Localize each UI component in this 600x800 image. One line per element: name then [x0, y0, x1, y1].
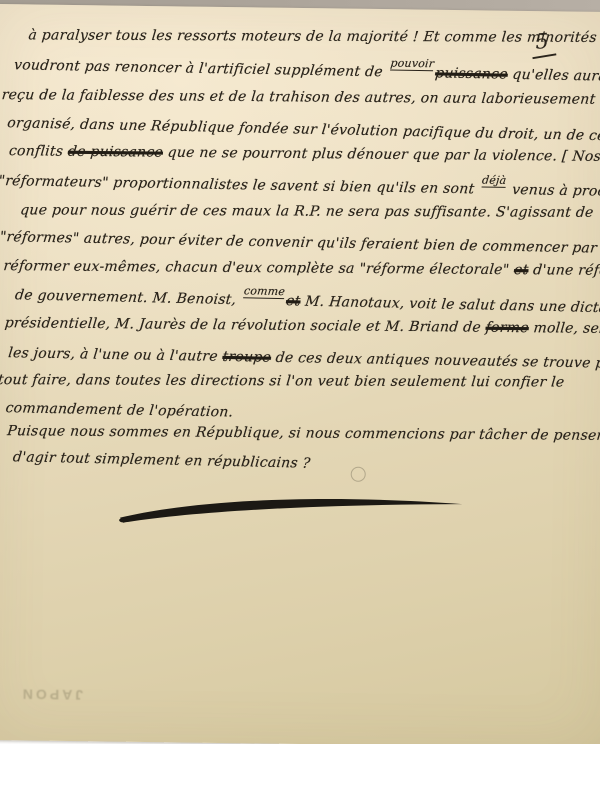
- inserted-word-above: pouvoir: [390, 57, 435, 71]
- line-text: réformer eux-mêmes, chacun d'eux complèt…: [3, 258, 515, 278]
- line-text: qu'elles auraient: [507, 67, 600, 85]
- line-text: à paralyser tous les ressorts moteurs de…: [28, 27, 600, 46]
- manuscript-text: à paralyser tous les ressorts moteurs de…: [0, 4, 600, 748]
- manuscript-line: organisé, dans une République fondée sur…: [6, 116, 600, 145]
- manuscript-photo: 5 à paralyser tous les ressorts moteurs …: [0, 0, 600, 800]
- manuscript-line: commandement de l'opération.: [5, 401, 234, 421]
- line-text: commandement de l'opération.: [5, 400, 234, 420]
- manuscript-line: réformer eux-mêmes, chacun d'eux complèt…: [3, 259, 600, 279]
- crossed-out-word: et: [513, 262, 529, 278]
- line-text: d'une réforme: [528, 262, 600, 279]
- line-text: reçu de la faiblesse des uns et de la tr…: [1, 87, 596, 108]
- line-text: "réformes" autres, pour éviter de conven…: [0, 229, 600, 257]
- crossed-out-word: puissance: [434, 65, 508, 82]
- manuscript-line: d'agir tout simplement en républicains ?: [12, 450, 311, 472]
- crossed-out-word: forme: [485, 320, 530, 336]
- manuscript-line: que pour nous guérir de ces maux la R.P.…: [19, 203, 594, 221]
- manuscript-line: les jours, à l'une ou à l'autre troupe d…: [7, 346, 600, 372]
- crossed-out-word: troupe: [222, 349, 272, 366]
- manuscript-line: à paralyser tous les ressorts moteurs de…: [28, 28, 600, 46]
- manuscript-line: tout faire, dans toutes les directions s…: [0, 373, 565, 391]
- line-text: que pour nous guérir de ces maux la R.P.…: [19, 202, 594, 220]
- line-text: que ne se pourront plus dénouer que par …: [162, 145, 600, 165]
- manuscript-line: voudront pas renoncer à l'artificiel sup…: [13, 58, 600, 85]
- line-text: les jours, à l'une ou à l'autre: [7, 345, 223, 365]
- line-text: M. Hanotaux, voit le salut dans une dict…: [300, 294, 600, 317]
- embossed-circular-stamp-icon: [351, 467, 366, 482]
- line-text: "réformateurs" proportionnalistes le sav…: [0, 173, 480, 197]
- line-text: conflits: [8, 143, 69, 160]
- photo-bottom-margin: [0, 744, 600, 800]
- manuscript-line: "réformes" autres, pour éviter de conven…: [0, 230, 600, 257]
- manuscript-line: "réformateurs" proportionnalistes le sav…: [0, 174, 600, 201]
- inserted-word-above: déjà: [481, 174, 507, 188]
- crossed-out-word: de puissance: [67, 144, 164, 161]
- japon-watermark: JAPON: [20, 686, 83, 703]
- line-text: Puisque nous sommes en République, si no…: [7, 423, 600, 444]
- manuscript-line: reçu de la faiblesse des uns et de la tr…: [1, 88, 596, 108]
- line-text: présidentielle, M. Jaurès de la révoluti…: [4, 315, 486, 336]
- manuscript-line: Puisque nous sommes en République, si no…: [7, 424, 600, 444]
- inserted-word-above: comme: [243, 285, 286, 299]
- line-text: voudront pas renoncer à l'artificiel sup…: [13, 57, 388, 80]
- manuscript-line: présidentielle, M. Jaurès de la révoluti…: [4, 316, 600, 337]
- line-text: venus à proclamer: [507, 182, 600, 200]
- manuscript-paper-sheet: 5 à paralyser tous les ressorts moteurs …: [0, 4, 600, 748]
- line-text: de gouvernement. M. Benoist,: [14, 287, 242, 308]
- manuscript-line: de gouvernement. M. Benoist, commeet M. …: [14, 288, 600, 317]
- line-text: molle, selon: [528, 320, 600, 337]
- manuscript-line: conflits de puissance que ne se pourront…: [8, 144, 600, 165]
- line-text: organisé, dans une République fondée sur…: [6, 115, 600, 144]
- line-text: d'agir tout simplement en républicains ?: [12, 449, 311, 471]
- line-text: de ces deux antiques nouveautés se trouv…: [270, 350, 600, 372]
- line-text: tout faire, dans toutes les directions s…: [0, 372, 565, 390]
